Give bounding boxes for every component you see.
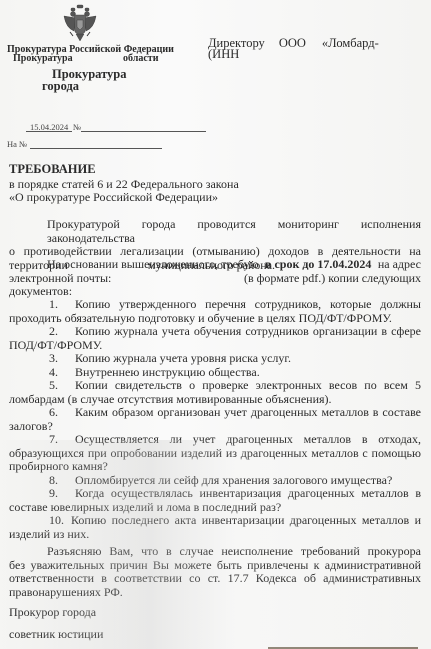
city-prosecutor-office-line2: города (42, 80, 79, 93)
list-item: 1. Копию утвержденного перечня сотрудник… (9, 298, 421, 312)
list-item: 8. Опломбируется ли сейф для хранения за… (9, 474, 421, 488)
org-name-region-suffix: области (123, 54, 158, 64)
document-number-label: № (73, 123, 81, 132)
list-item: 4. Внутреннею инструкцию общества. (9, 366, 421, 380)
signatory-position: Прокурор города (9, 606, 96, 619)
coat-of-arms-icon (62, 4, 98, 42)
list-item: 5. Копии свидетельств о проверке электро… (9, 379, 421, 393)
addressee-org-form: ООО (279, 38, 306, 49)
list-item: 6. Каким образом организован учет драгоц… (9, 406, 421, 420)
request-line1-b: на адрес (378, 258, 421, 272)
list-item: 7. Осуществляется ли учет драгоценных ме… (9, 433, 421, 447)
list-item: 2. Копию журнала учета обучения сотрудни… (9, 325, 421, 339)
org-name-region: Прокуратура (13, 54, 73, 64)
document-title: ТРЕБОВАНИЕ (9, 163, 96, 176)
list-item: 9. Когда осуществлялась инвентаризация д… (9, 487, 421, 501)
warning-paragraph: Разъясняю Вам, что в случае неисполнение… (9, 545, 421, 599)
document-date: 15.04.2024 (30, 123, 68, 132)
reference-number-field (30, 148, 162, 149)
list-item: 10. Копию последнего акта инвентаризации… (9, 514, 421, 528)
document-number-field (81, 131, 206, 132)
addressee-inn: (ИНН (208, 47, 239, 61)
document-subtitle-line2: «О прокуратуре Российской Федерации» (9, 191, 218, 204)
request-line1-a: На основании вышеизложенного, требую (47, 258, 259, 272)
reference-number-label: На № (7, 140, 27, 149)
addressee-org-name: «Ломбард- (322, 38, 379, 49)
redacted-email (111, 272, 244, 286)
items-list: 1. Копию утвержденного перечня сотрудник… (9, 298, 421, 541)
document-page: Прокуратура Российской Федерации Прокура… (0, 0, 431, 649)
request-deadline: в срок до 17.04.2024 (265, 258, 371, 272)
signatory-rank: советник юстиции (9, 628, 103, 641)
list-item: 3. Копию журнала учета уровня риска услу… (9, 352, 421, 366)
request-paragraph: На основании вышеизложенного, требую в с… (9, 258, 421, 299)
request-email-label: электронной почты: (9, 272, 111, 286)
intro-line1: Прокуратурой города проводится мониторин… (9, 218, 421, 245)
request-line2-b: (в формате pdf.) копии следующих (244, 272, 421, 286)
addressee: ДиректоруООО«Ломбард- (ИНН (208, 38, 379, 60)
